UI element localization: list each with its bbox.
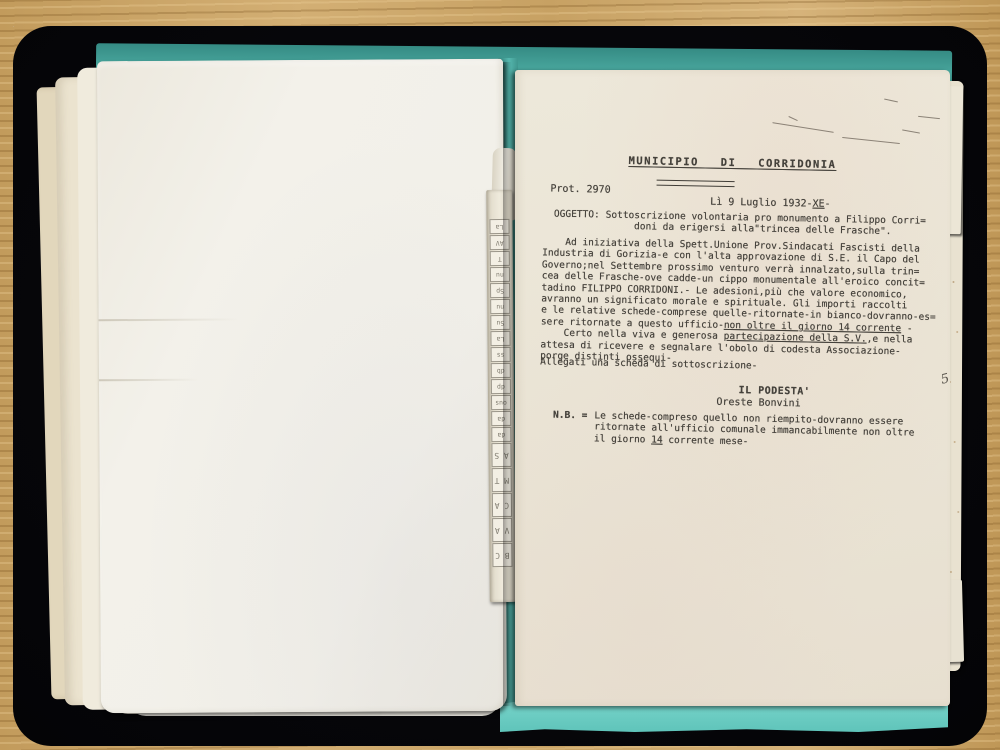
paper-crease bbox=[99, 379, 199, 382]
document-text: MUNICIPIO DI CORRIDONIA Prot. 2970 Lì 9 … bbox=[505, 69, 952, 713]
index-tab: nu bbox=[490, 267, 510, 282]
subject-text: Sottoscrizione volontaria pro monumento … bbox=[605, 210, 926, 239]
index-tab: La bbox=[489, 219, 509, 234]
paper-crease bbox=[99, 318, 239, 321]
index-tab: da bbox=[491, 411, 511, 426]
index-tab: ous bbox=[491, 395, 511, 410]
index-tab: ss bbox=[491, 347, 511, 362]
nota-bene-text: Le schede-compreso quello non riempito-d… bbox=[594, 410, 915, 450]
index-tab: db bbox=[491, 363, 511, 378]
signature-name: Oreste Bonvini bbox=[716, 397, 800, 410]
subject-block: OGGETTO: Sottoscrizione volontaria pro m… bbox=[554, 209, 926, 239]
nota-bene-block: N.B. = Le schede-compreso quello non rie… bbox=[553, 410, 915, 451]
protocol-number: Prot. 2970 bbox=[550, 184, 610, 196]
index-tab: AV bbox=[490, 235, 510, 250]
nota-bene-label: N.B. = bbox=[553, 410, 588, 445]
date-line: Lì 9 Luglio 1932-XE- bbox=[710, 197, 831, 210]
index-tab: T bbox=[490, 251, 510, 266]
index-tab: dp bbox=[491, 379, 511, 394]
index-tab: nu bbox=[490, 299, 510, 314]
index-tab: Sp bbox=[490, 283, 510, 298]
index-tab: La bbox=[490, 331, 510, 346]
typewritten-document-page: MUNICIPIO DI CORRIDONIA Prot. 2970 Lì 9 … bbox=[515, 70, 950, 706]
index-tab: Su bbox=[490, 315, 510, 330]
index-tab: da bbox=[491, 427, 511, 442]
document-header: MUNICIPIO DI CORRIDONIA bbox=[515, 153, 950, 173]
subject-label: OGGETTO: bbox=[554, 209, 600, 233]
signature-title: IL PODESTA' bbox=[738, 385, 810, 397]
body-text: Ad iniziativa della Spett.Unione Prov.Si… bbox=[540, 236, 937, 369]
left-blank-page bbox=[97, 59, 507, 713]
header-double-rule bbox=[657, 180, 735, 187]
